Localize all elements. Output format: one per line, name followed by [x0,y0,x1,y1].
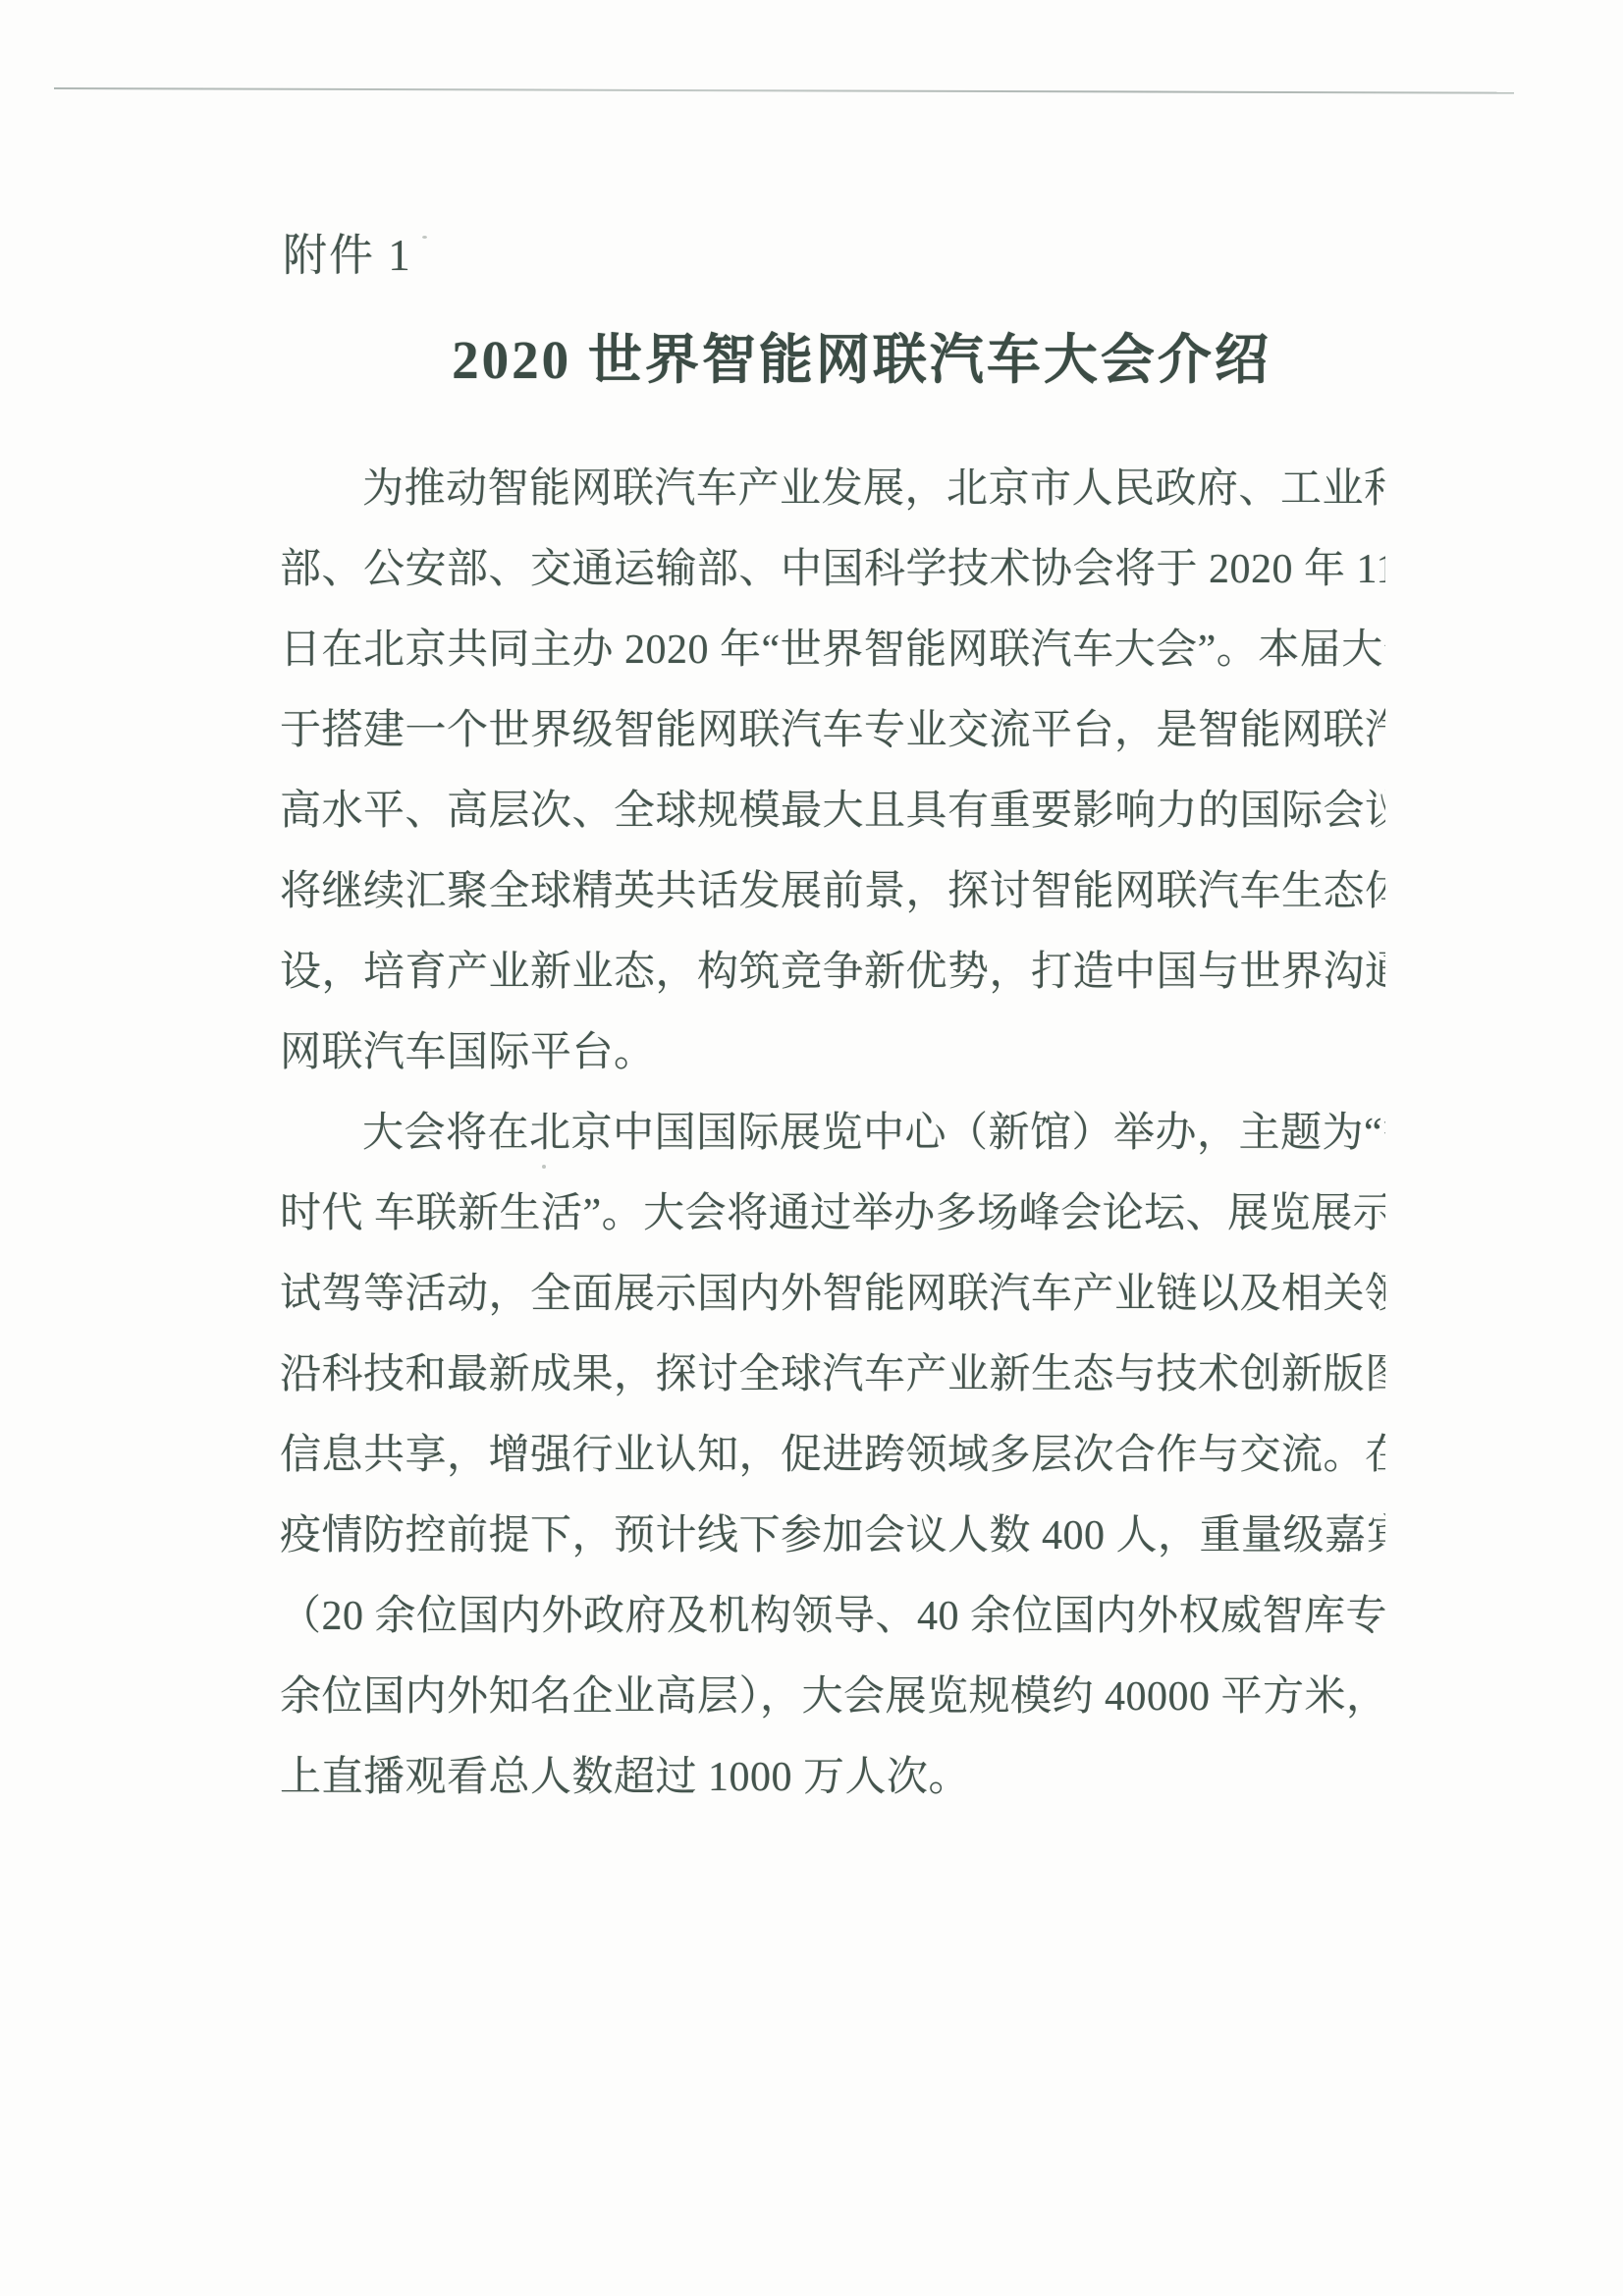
attachment-label: 附件 1 [283,228,412,283]
document-body: 为推动智能网联汽车产业发展，北京市人民政府、工业和信息化 部、公安部、交通运输部… [280,449,1385,1818]
paragraph-2-line: 时代 车联新生活”。大会将通过举办多场峰会论坛、展览展示、试乘 [280,1174,1385,1254]
paragraph-2-line: 疫情防控前提下，预计线下参加会议人数 400 人，重量级嘉宾 100 人 [280,1496,1385,1576]
paragraph-1-line: 于搭建一个世界级智能网联汽车专业交流平台，是智能网联汽车领域 [280,690,1385,771]
paragraph-1: 为推动智能网联汽车产业发展，北京市人民政府、工业和信息化 部、公安部、交通运输部… [280,449,1385,1093]
paragraph-2-line: （20 余位国内外政府及机构领导、40 余位国内外权威智库专家、40 [280,1576,1385,1657]
paragraph-1-line: 部、公安部、交通运输部、中国科学技术协会将于 2020 年 11 月 11-13 [280,529,1385,610]
paragraph-2-line: 沿科技和最新成果，探讨全球汽车产业新生态与技术创新版图，促进 [280,1335,1385,1415]
paragraph-1-line: 日在北京共同主办 2020 年“世界智能网联汽车大会”。本届大会致力 [280,610,1385,690]
scanned-document-page: 附件 1 2020 世界智能网联汽车大会介绍 为推动智能网联汽车产业发展，北京市… [0,0,1623,2296]
paragraph-1-line: 设，培育产业新业态，构筑竞争新优势，打造中国与世界沟通的智能 [280,932,1385,1012]
paragraph-2-line: 试驾等活动，全面展示国内外智能网联汽车产业链以及相关领域的前 [280,1254,1385,1335]
paragraph-1-line: 高水平、高层次、全球规模最大且具有重要影响力的国际会议。大会 [280,771,1385,851]
paragraph-2-line: 大会将在北京中国国际展览中心（新馆）举办，主题为“智能新 [280,1093,1385,1174]
paragraph-1-line: 为推动智能网联汽车产业发展，北京市人民政府、工业和信息化 [280,449,1385,529]
paragraph-2-line: 余位国内外知名企业高层），大会展览规模约 40000 平方米，预计线 [280,1657,1385,1737]
paragraph-1-line: 将继续汇聚全球精英共话发展前景，探讨智能网联汽车生态体系建 [280,851,1385,932]
document-title: 2020 世界智能网联汽车大会介绍 [280,316,1414,394]
scan-artifact-line [54,87,1514,94]
paragraph-2-line: 信息共享，增强行业认知，促进跨领域多层次合作与交流。在常态化 [280,1415,1385,1496]
scan-speck [422,236,427,239]
paragraph-2: 大会将在北京中国国际展览中心（新馆）举办，主题为“智能新 时代 车联新生活”。大… [280,1093,1385,1818]
paragraph-1-line: 网联汽车国际平台。 [280,1012,1385,1093]
paragraph-2-line: 上直播观看总人数超过 1000 万人次。 [280,1737,1385,1818]
